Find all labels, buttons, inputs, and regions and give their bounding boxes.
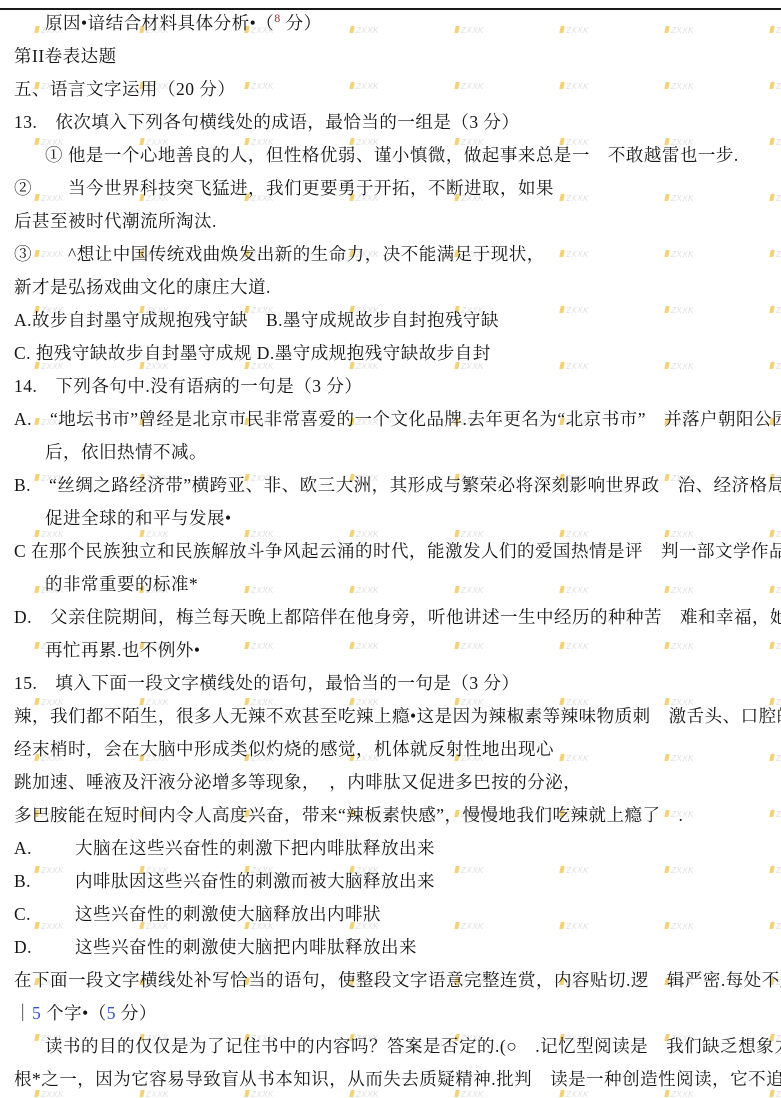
q15-passage-line1: 辣，我们都不陌生，很多人无辣不欢甚至吃辣上瘾•这是因为辣椒素等辣味物质刺 激舌头…	[14, 706, 781, 726]
option-letter-d: D.	[14, 937, 75, 957]
q13-options-ab: A.故步自封墨守成规抱残守缺 B.墨守成规故步自封抱残守缺	[14, 310, 781, 330]
q16-stem: 在下面一段文字横线处补写恰当的语句，使整段文字语意完整连赏，内容贴切.逻 辑严密…	[14, 970, 781, 990]
zxxk-watermark: ZXXK	[455, 1090, 484, 1098]
exam-page: 原因•谙结合材料具体分析•（8 分） 第II卷表达题 五、语言文字运用（20 分…	[0, 0, 781, 1089]
q13-item3: ③ ^想让中国传统戏曲焕发出新的生命力，决不能满足于现状，	[14, 244, 781, 264]
q13-item2: ② 当今世界科技突飞猛进，我们更要勇于开拓，不断进取，如果	[14, 178, 781, 198]
q14-option-a: A. “地坛书市”曾经是北京市民非常喜爱的一个文化品牌.去年更名为“北京书市” …	[14, 409, 781, 429]
q15-passage-line4: 多巴胺能在短时间内令人高度兴奋，带来“辣板素快感”，慢慢地我们吃辣就上瘾了 .	[14, 805, 781, 825]
zxxk-watermark-icon	[559, 1090, 564, 1097]
analysis-instruction-prefix: 原因•谙结合材料具体分析•（	[45, 13, 274, 33]
zxxk-watermark: ZXXK	[245, 1090, 274, 1098]
word-limit-count: 5	[32, 1003, 41, 1023]
option-letter-a: A.	[14, 838, 75, 858]
word-limit-score: 5	[107, 1003, 116, 1023]
q14-option-b-cont: 促进全球的和平与发展•	[14, 508, 781, 528]
part-title: 五、语言文字运用（20 分）	[14, 79, 781, 99]
option-text-c: 这些兴奋性的刺激使大脑释放出内啡狀	[75, 904, 381, 924]
q13-item3-cont: 新才是弘扬戏曲文化的康庄大道.	[14, 277, 781, 297]
analysis-instruction: 原因•谙结合材料具体分析•（8 分）	[14, 13, 781, 33]
word-limit-mid: 个字•（	[41, 1003, 107, 1023]
q14-stem: 14. 下列各句中.没有语病的一句是（3 分）	[14, 376, 781, 396]
zxxk-watermark: ZXXK	[350, 1090, 379, 1098]
q14-option-d: D. 父亲住院期间，梅兰每天晚上都陪伴在他身旁，听他讲述一生中经历的种种苦 难和…	[14, 607, 781, 627]
q13-stem: 13. 依次填入下列各句横线处的成语，最恰当的一组是（3 分）	[14, 112, 781, 132]
zxxk-watermark: ZXXK	[770, 1090, 781, 1098]
section-title: 第II卷表达题	[14, 46, 781, 66]
zxxk-watermark-icon	[349, 1090, 354, 1097]
q15-passage-line2: 经末梢时，会在大脑中形成类似灼烧的感觉，机体就反射性地出现心	[14, 739, 781, 759]
word-limit-tail: 分）	[116, 1003, 157, 1023]
option-letter-c: C.	[14, 904, 75, 924]
q14-option-d-cont: 再忙再累.也不例外•	[14, 640, 781, 660]
option-text-a: 大脑在这些兴奋性的刺激下把内啡肽释放出来	[75, 838, 435, 858]
zxxk-watermark-icon	[454, 1090, 459, 1097]
q14-option-a-cont: 后，依旧热情不减。	[14, 442, 781, 462]
zxxk-watermark-icon	[769, 1090, 774, 1097]
q15-stem: 15. 填入下面一段文字横线处的语句，最恰当的一句是（3 分）	[14, 673, 781, 693]
q15-option-a: A.大脑在这些兴奋性的刺激下把内啡肽释放出来	[14, 838, 781, 858]
q13-item2-cont: 后甚至被时代潮流所淘汰.	[14, 211, 781, 231]
zxxk-watermark-icon	[139, 1090, 144, 1097]
option-text-d: 这些兴奋性的刺激使大脑把内啡肽释放出来	[75, 937, 417, 957]
q14-option-b: B. “丝绸之路经济带”横跨亚、非、欧三大洲，其形成与繁荣必将深刻影响世界政 治…	[14, 475, 781, 495]
q16-passage-line2: 根*之一，因为它容易导致盲从书本知识，从而失去质疑精神.批判 读是一种创造性阅读…	[14, 1069, 781, 1089]
q15-option-d: D.这些兴奋性的刺激使大脑把内啡肽释放出来	[14, 937, 781, 957]
zxxk-watermark-icon	[664, 1090, 669, 1097]
analysis-instruction-suffix: 分）	[281, 13, 322, 33]
q13-options-cd: C. 抱残守缺故步自封墨守成规 D.墨守成规抱残守缺故步自封	[14, 343, 781, 363]
q15-option-c: C.这些兴奋性的刺激使大脑释放出内啡狀	[14, 904, 781, 924]
zxxk-watermark: ZXXK	[140, 1090, 169, 1098]
zxxk-watermark: ZXXK	[35, 1090, 64, 1098]
q16-word-limit: ｜5 个字•（5 分）	[14, 1003, 781, 1023]
word-limit-bar: ｜	[14, 1003, 32, 1023]
zxxk-watermark-icon	[244, 1090, 249, 1097]
q16-passage-line1: 读书的目的仅仅是为了记住书中的内容吗？答案是否定的.(○ .记忆型阅读是 我们缺…	[14, 1036, 781, 1056]
q15-option-b: B.内啡肽因这些兴奋性的刺激而被大脑释放出来	[14, 871, 781, 891]
q15-passage-line3: 跳加速、唾液及汗液分泌增多等现象， ，内啡肽又促进多巴按的分泌，	[14, 772, 781, 792]
page-top-rule	[0, 8, 781, 10]
zxxk-watermark-icon	[34, 1090, 39, 1097]
option-text-b: 内啡肽因这些兴奋性的刺激而被大脑释放出来	[75, 871, 435, 891]
q14-option-c-cont: 的非常重要的标准*	[14, 574, 781, 594]
q14-option-c: C 在那个民族独立和民族解放斗争风起云涌的时代，能激发人们的爱国热情是评 判一部…	[14, 541, 781, 561]
zxxk-watermark: ZXXK	[560, 1090, 589, 1098]
q13-item1: ① 他是一个心地善良的人，但性格优弱、谨小慎微，做起事来总是一 不敢越雷也一步.	[14, 145, 781, 165]
option-letter-b: B.	[14, 871, 75, 891]
passage-line2-text: 根*之一，因为它容易导致盲从书本知识，从而失去质疑精神.批判 读是一种创造性阅读…	[14, 1069, 781, 1089]
zxxk-watermark: ZXXK	[665, 1090, 694, 1098]
